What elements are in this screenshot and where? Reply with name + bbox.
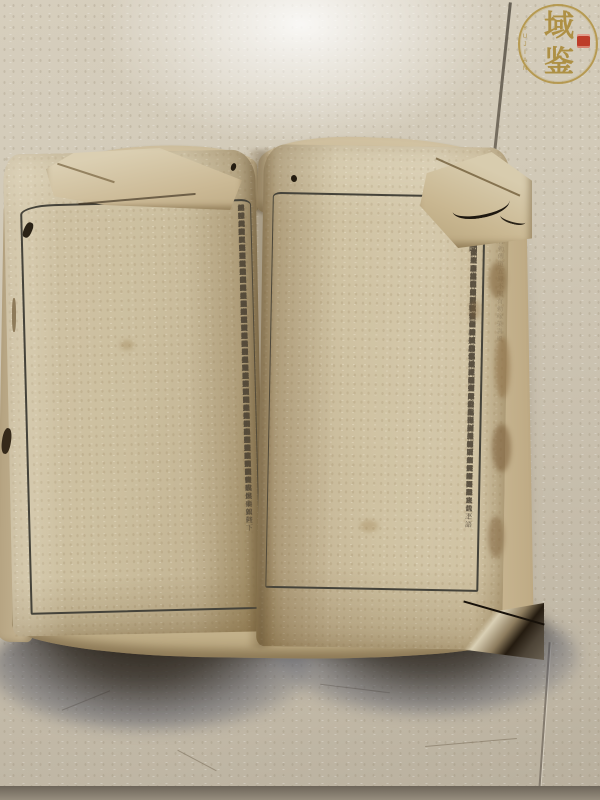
foxing-spot	[120, 340, 134, 350]
stain	[488, 516, 504, 558]
photo-antique-book-on-tile-floor: 話說紂王與妲己在鹿臺歡樂下臺不表且說妲己與紂王飲宴正歡王忽問御妻仙眾降臨之事如何…	[0, 0, 600, 800]
stain	[470, 300, 480, 320]
stain	[489, 262, 506, 298]
watermark-romanization: YUJIAN	[522, 26, 528, 72]
foxing-spot	[360, 520, 378, 532]
right-page-text-frame: 東湖縣鹿設宴宮中百官朝賀勤悅具慶君臣有道龍虎風雲際會一時西土大治萬民樂業焉 言姜…	[265, 192, 486, 592]
stain	[495, 336, 510, 398]
tile-edge-bottom	[0, 786, 600, 800]
left-page: 話說紂王與妲己在鹿臺歡樂下臺不表且說妲己與紂王飲宴正歡王忽問御妻仙眾降臨之事如何…	[3, 149, 265, 636]
watermark-char-top: 域	[538, 10, 580, 46]
watermark-seal-icon	[577, 34, 590, 48]
left-page-text-frame: 話說紂王與妲己在鹿臺歡樂下臺不表且說妲己與紂王飲宴正歡王忽問御妻仙眾降臨之事如何…	[20, 199, 262, 615]
left-page-text-block: 話說紂王與妲己在鹿臺歡樂下臺不表且說妲己與紂王飲宴正歡王忽問御妻仙眾降臨之事如何…	[24, 204, 256, 610]
floor-light-reflection	[110, 0, 490, 140]
stain	[492, 424, 511, 472]
book-gutter	[247, 150, 275, 648]
watermark-char-bottom: 鉴	[538, 46, 580, 82]
edge-tear	[12, 298, 16, 332]
